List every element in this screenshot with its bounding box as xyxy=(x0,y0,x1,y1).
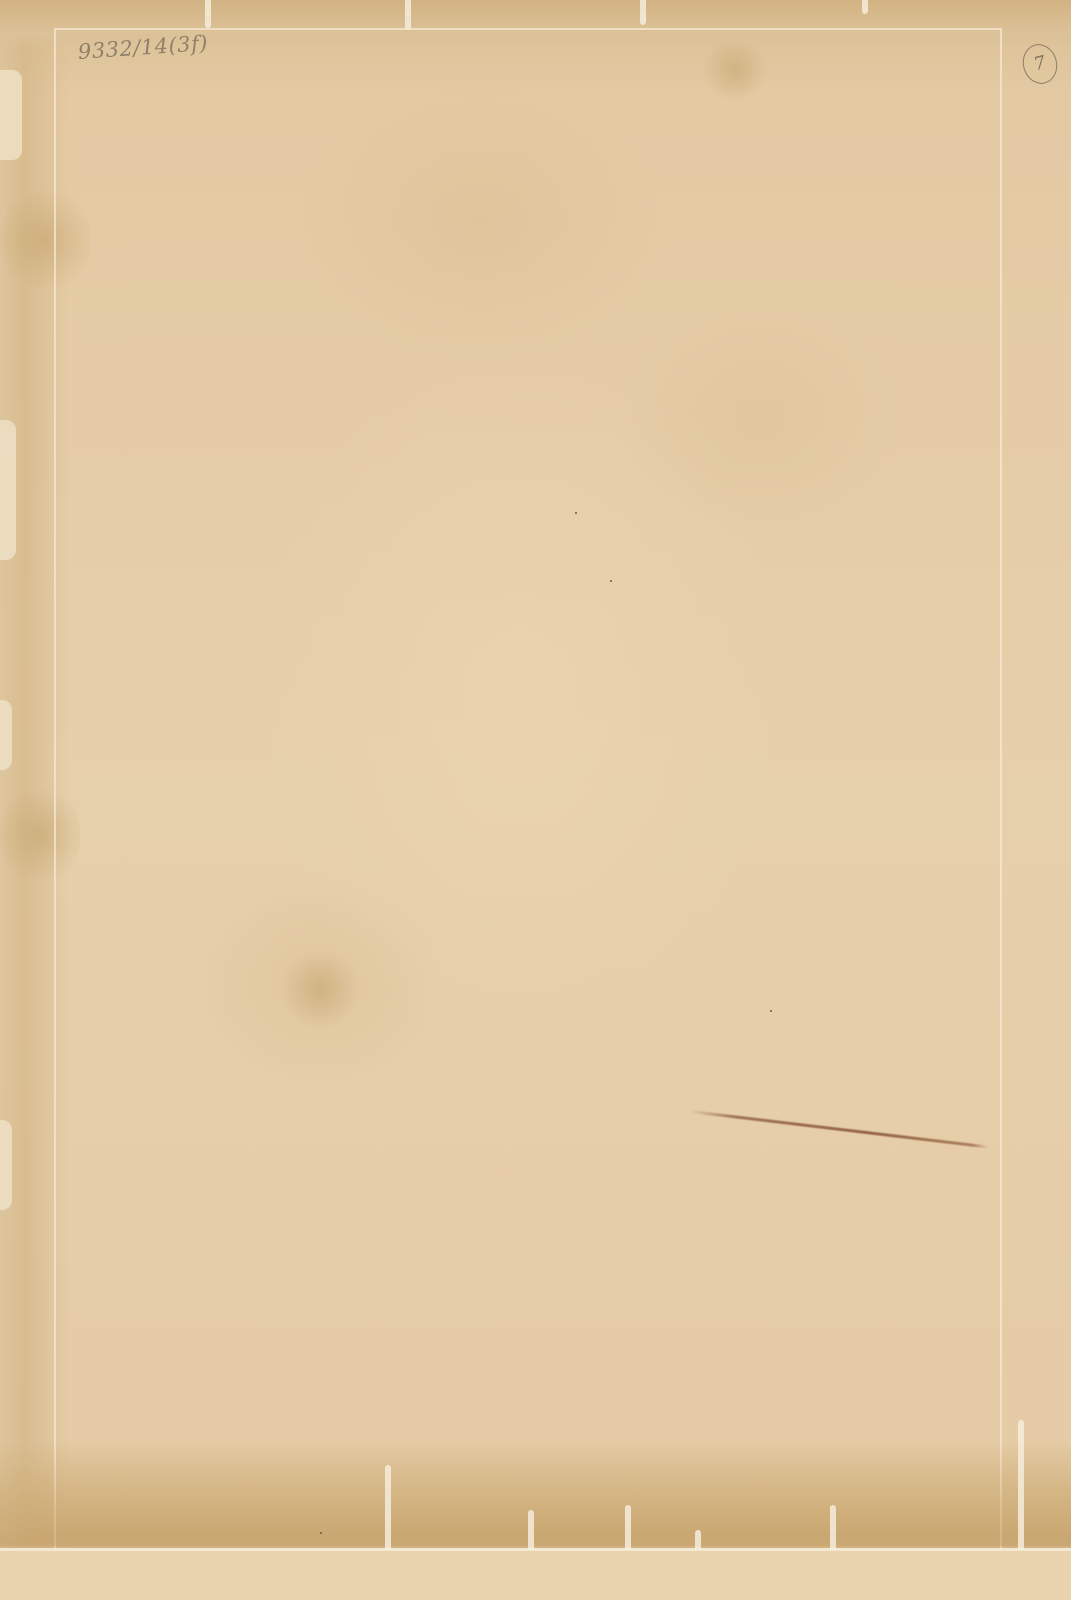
paper-drip xyxy=(695,1530,701,1550)
paper-drip xyxy=(640,0,646,25)
paper-speck xyxy=(575,512,577,514)
paper-drip xyxy=(862,0,868,14)
edge-tear xyxy=(0,1120,12,1210)
paper-drip xyxy=(1018,1420,1024,1550)
plate-border-top xyxy=(54,28,1002,30)
edge-tear xyxy=(0,700,12,770)
pencil-mark xyxy=(690,1110,988,1149)
mount-strip xyxy=(0,1551,1071,1600)
water-stain xyxy=(0,780,80,890)
plate-border-right xyxy=(1000,30,1002,1550)
water-stain xyxy=(700,40,770,100)
paper-speck xyxy=(610,580,612,582)
bottom-stain-band xyxy=(0,1440,1071,1550)
paper-speck xyxy=(320,1532,322,1534)
paper-speck xyxy=(770,1010,772,1012)
water-stain xyxy=(280,950,360,1030)
paper-drip xyxy=(405,0,411,30)
paper-drip xyxy=(385,1465,391,1550)
edge-tear xyxy=(0,420,16,560)
paper-drip xyxy=(830,1505,836,1550)
edge-tear xyxy=(0,70,22,160)
paper-drip xyxy=(528,1510,534,1550)
paper-drip xyxy=(205,0,211,28)
plate-border-left xyxy=(54,30,56,1550)
water-stain xyxy=(0,180,90,300)
paper-drip xyxy=(625,1505,631,1550)
paper-sheet: 9332/14(3f) 7 xyxy=(0,0,1071,1600)
